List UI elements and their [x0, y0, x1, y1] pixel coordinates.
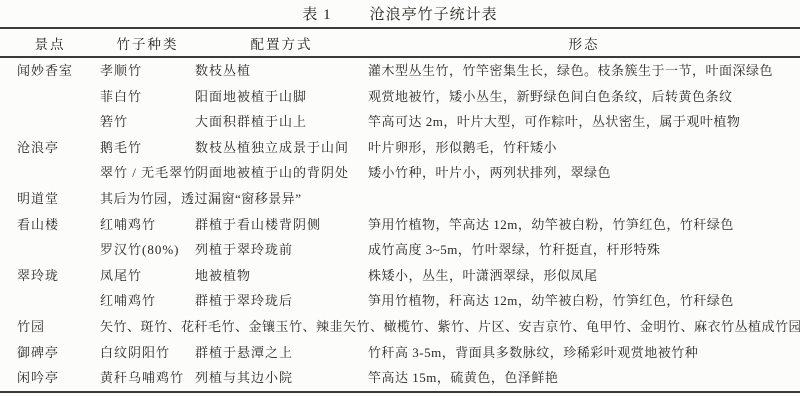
form-cell: 成竹高度 3~5m，竹叶翠绿，竹秆挺直，杆形特殊 [368, 237, 800, 263]
spot-cell: 竹园 [0, 314, 100, 340]
form-cell: 笋用竹植物，秆高达 12m，幼竿被白粉，竹笋红色，竹秆绿色 [368, 288, 800, 314]
table-caption: 表 1 沧浪亭竹子统计表 [0, 0, 800, 27]
spot-cell: 看山楼 [0, 212, 100, 263]
form-cell: 笋用竹植物，竿高达 12m，幼竿被白粉，竹笋红色，竹秆绿色 [368, 212, 800, 238]
arrangement-cell: 群植于悬潭之上 [195, 340, 368, 366]
note-cell: 其后为竹园，透过漏窗“窗移景异” [100, 186, 800, 212]
form-cell: 灌木型丛生竹，竹竿密集生长，绿色。枝条簇生于一节，叶面深绿色 [368, 57, 800, 84]
species-cell: 凤尾竹 [100, 263, 195, 289]
form-cell: 竹秆高 3-5m，背面具多数脉纹，珍稀彩叶观赏地被竹种 [368, 340, 800, 366]
arrangement-cell: 大面积群植于山上 [195, 109, 368, 135]
form-cell: 观赏地被竹，矮小丛生，新野绿色间白色条纹，后转黄色条纹 [368, 84, 800, 110]
arrangement-cell: 地被植物 [195, 263, 368, 289]
species-cell: 黄秆乌哺鸡竹 [100, 365, 195, 392]
header-form: 形态 [368, 28, 800, 57]
note-cell: 矢竹、斑竹、花秆毛竹、金镶玉竹、辣韭矢竹、橄榄竹、紫竹、片区、安吉京竹、龟甲竹、… [100, 314, 800, 340]
table-row: 菲白竹 阳面地被植于山脚 观赏地被竹，矮小丛生，新野绿色间白色条纹，后转黄色条纹 [0, 84, 800, 110]
table-row: 鹅毛竹 数枝丛植独立成景于山间 叶片卵形，形似鹅毛，竹秆矮小 [0, 135, 800, 161]
form-cell: 株矮小，丛生，叶潇洒翠绿，形似凤尾 [368, 263, 800, 289]
species-cell: 罗汉竹(80%) [100, 237, 195, 263]
table-row: 明道堂 其后为竹园，透过漏窗“窗移景异” [0, 186, 800, 212]
form-cell: 矮小竹种，叶片小，两列状排列，翠绿色 [368, 160, 800, 186]
table-row: 闻妙香室 孝顺竹 数枝丛植 灌木型丛生竹，竹竿密集生长，绿色。枝条簇生于一节，叶… [0, 57, 800, 84]
table-row: 罗汉竹(80%) 列植于翠玲珑前 成竹高度 3~5m，竹叶翠绿，竹秆挺直，杆形特… [0, 237, 800, 263]
arrangement-cell: 列植与其边小院 [195, 365, 368, 392]
spot-cell: 御碑亭 [0, 340, 100, 366]
table-row: 御碑亭 白纹阴阳竹 群植于悬潭之上 竹秆高 3-5m，背面具多数脉纹，珍稀彩叶观… [0, 340, 800, 366]
species-cell: 翠竹 / 无毛翠竹 [100, 160, 195, 186]
spot-cell: 明道堂 [0, 186, 100, 212]
table-row: 沧浪亭 箬竹 大面积群植于山上 竿高可达 2m，叶片大型，可作粽叶，丛状密生，属… [0, 109, 800, 135]
arrangement-cell: 数枝丛植 [195, 57, 368, 84]
species-cell: 白纹阴阳竹 [100, 340, 195, 366]
form-cell: 竿高可达 2m，叶片大型，可作粽叶，丛状密生，属于观叶植物 [368, 109, 800, 135]
arrangement-cell: 群植于看山楼背阴侧 [195, 212, 368, 238]
species-cell: 孝顺竹 [100, 57, 195, 84]
table-header-row: 景点 竹子种类 配置方式 形态 [0, 28, 800, 57]
arrangement-cell: 阳面地被植于山脚 [195, 84, 368, 110]
arrangement-cell: 数枝丛植独立成景于山间 [195, 135, 368, 161]
spot-cell: 闻妙香室 [0, 57, 100, 109]
table-caption-number: 表 1 [302, 3, 331, 24]
arrangement-cell: 阴面地被植于山的背阴处 [195, 160, 368, 186]
table-row: 闲吟亭 黄秆乌哺鸡竹 列植与其边小院 竿高达 15m，硫黄色，色泽鲜艳 [0, 365, 800, 392]
species-cell: 红哺鸡竹 [100, 212, 195, 238]
species-cell: 红哺鸡竹 [100, 288, 195, 314]
spot-cell: 沧浪亭 [0, 109, 100, 186]
species-cell: 箬竹 [100, 109, 195, 135]
spot-cell: 翠玲珑 [0, 263, 100, 314]
form-cell: 叶片卵形，形似鹅毛，竹秆矮小 [368, 135, 800, 161]
arrangement-cell: 列植于翠玲珑前 [195, 237, 368, 263]
table-row: 翠玲珑 凤尾竹 地被植物 株矮小，丛生，叶潇洒翠绿，形似凤尾 [0, 263, 800, 289]
table-caption-title: 沧浪亭竹子统计表 [370, 3, 498, 24]
form-cell: 竿高达 15m，硫黄色，色泽鲜艳 [368, 365, 800, 392]
species-cell: 鹅毛竹 [100, 135, 195, 161]
table-row: 竹园 矢竹、斑竹、花秆毛竹、金镶玉竹、辣韭矢竹、橄榄竹、紫竹、片区、安吉京竹、龟… [0, 314, 800, 340]
spot-cell: 闲吟亭 [0, 365, 100, 392]
bamboo-statistics-table: 景点 竹子种类 配置方式 形态 闻妙香室 孝顺竹 数枝丛植 灌木型丛生竹，竹竿密… [0, 27, 800, 393]
header-species: 竹子种类 [100, 28, 195, 57]
table-row: 看山楼 红哺鸡竹 群植于看山楼背阴侧 笋用竹植物，竿高达 12m，幼竿被白粉，竹… [0, 212, 800, 238]
species-cell: 菲白竹 [100, 84, 195, 110]
table-row: 翠竹 / 无毛翠竹 阴面地被植于山的背阴处 矮小竹种，叶片小，两列状排列，翠绿色 [0, 160, 800, 186]
arrangement-cell: 群植于翠玲珑后 [195, 288, 368, 314]
scanned-paper-table-page: { "caption": { "label": "表 1", "title": … [0, 0, 800, 396]
table-row: 红哺鸡竹 群植于翠玲珑后 笋用竹植物，秆高达 12m，幼竿被白粉，竹笋红色，竹秆… [0, 288, 800, 314]
header-arrangement: 配置方式 [195, 28, 368, 57]
header-spot: 景点 [0, 28, 100, 57]
